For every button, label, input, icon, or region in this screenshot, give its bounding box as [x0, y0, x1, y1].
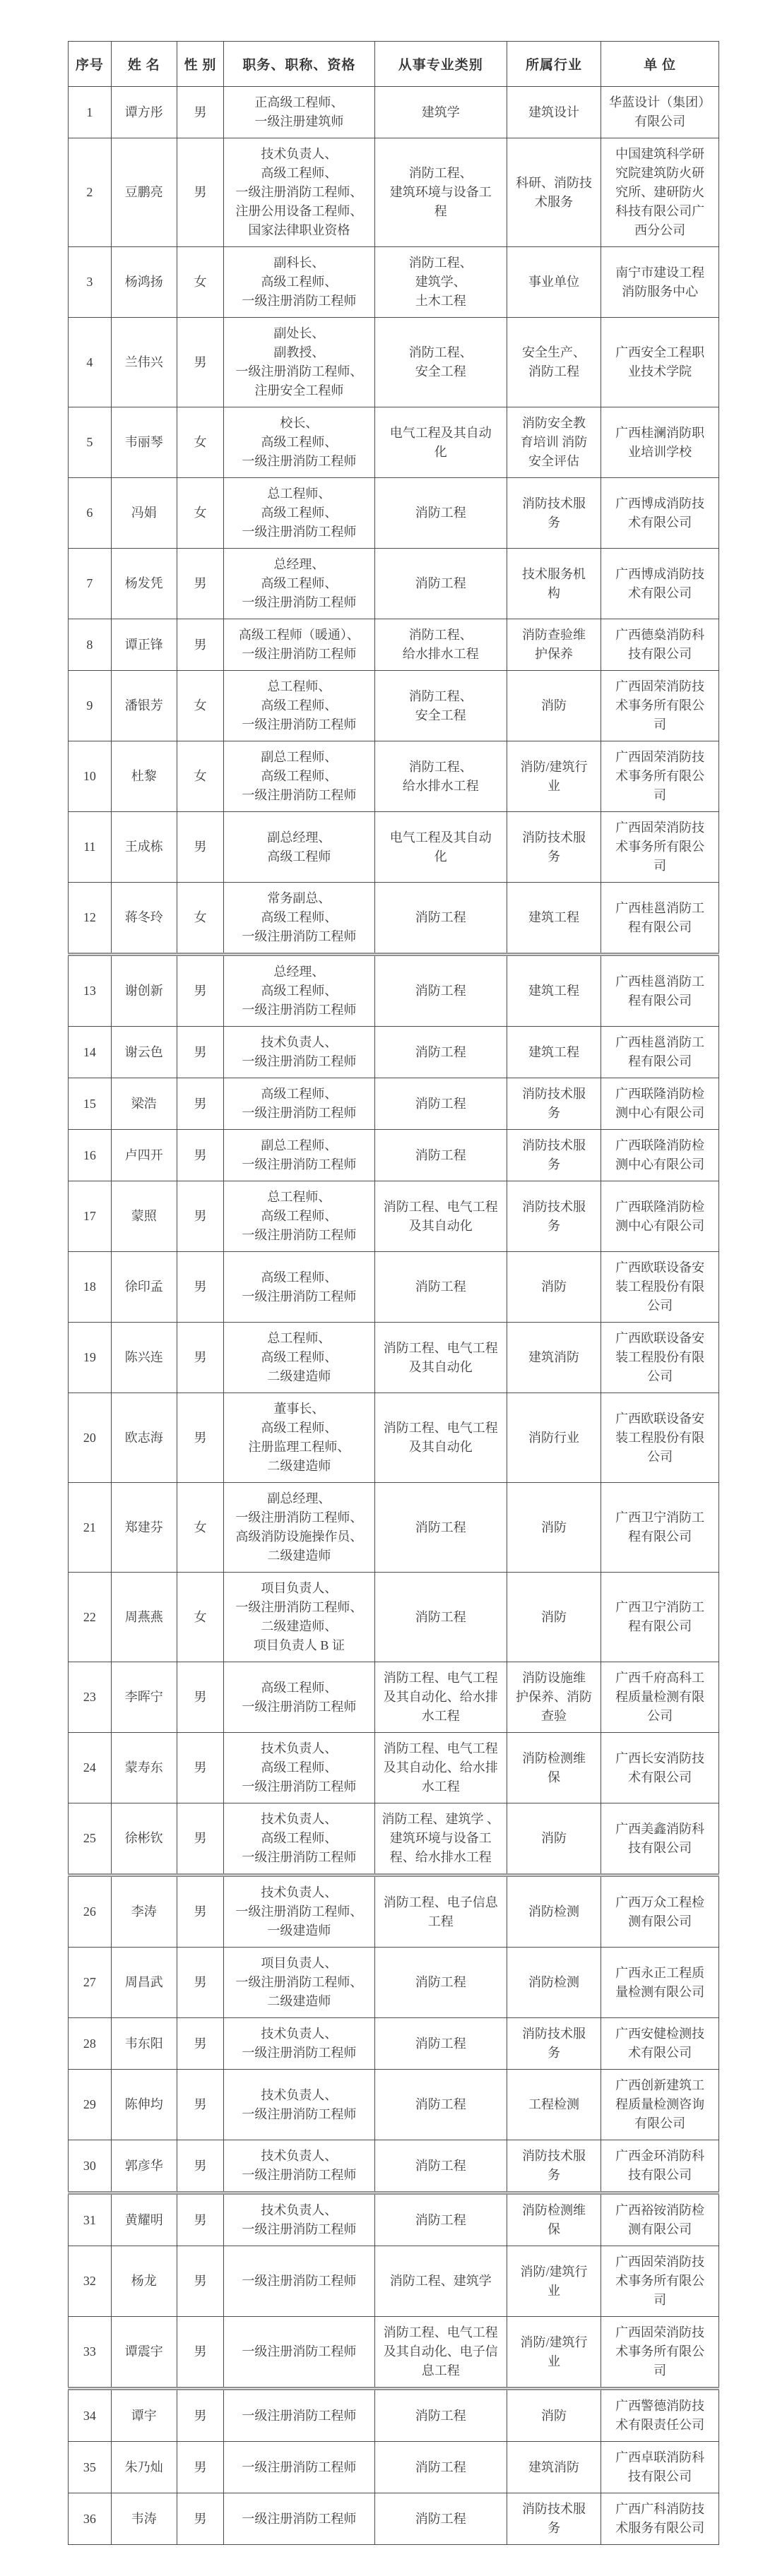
cell-title-qualification: 总经理、 高级工程师、 一级注册消防工程师 [224, 549, 375, 619]
cell-company: 广西博成消防技 术有限公司 [601, 549, 719, 619]
cell-industry: 消防行业 [507, 1393, 601, 1483]
cell-gender: 男 [177, 2389, 223, 2442]
cell-serial-number: 25 [69, 1803, 112, 1876]
cell-title-qualification: 技术负责人、 一级注册消防工程师 [224, 2193, 375, 2246]
cell-industry: 消防检测 [507, 1948, 601, 2018]
cell-name: 周昌武 [111, 1948, 177, 2018]
cell-title-qualification: 项目负责人、 一级注册消防工程师、 二级建造师、 项目负责人 B 证 [224, 1573, 375, 1662]
cell-name: 蒙照 [111, 1181, 177, 1252]
table-row: 27周昌武男项目负责人、 一级注册消防工程师、 二级建造师消防工程消防检测广西永… [69, 1948, 719, 2018]
cell-specialty-category: 电气工程及其自动 化 [374, 407, 507, 478]
cell-specialty-category: 消防工程、 建筑学、 土木工程 [374, 247, 507, 318]
cell-industry: 消防检测维 保 [507, 2193, 601, 2246]
cell-gender: 男 [177, 1948, 223, 2018]
column-header: 单 位 [601, 42, 719, 87]
cell-gender: 男 [177, 2493, 223, 2545]
cell-name: 杨发凭 [111, 549, 177, 619]
cell-specialty-category: 消防工程、电气工程 及其自动化、电子信 息工程 [374, 2317, 507, 2389]
cell-industry: 建筑消防 [507, 2442, 601, 2493]
cell-specialty-category: 消防工程 [374, 1483, 507, 1573]
cell-company: 广西卫宁消防工 程有限公司 [601, 1483, 719, 1573]
cell-company: 广西千府高科工 程质量检测有限 公司 [601, 1662, 719, 1733]
cell-gender: 男 [177, 1733, 223, 1803]
cell-serial-number: 35 [69, 2442, 112, 2493]
cell-name: 蒙寿东 [111, 1733, 177, 1803]
table-row: 1谭方彤男正高级工程师、 一级注册建筑师建筑学建筑设计华蓝设计（集团） 有限公司 [69, 87, 719, 138]
cell-specialty-category: 消防工程 [374, 1130, 507, 1181]
cell-specialty-category: 消防工程 [374, 2140, 507, 2193]
cell-specialty-category: 消防工程 [374, 2018, 507, 2070]
cell-specialty-category: 消防工程 [374, 1027, 507, 1078]
cell-title-qualification: 技术负责人、 一级注册消防工程师 [224, 2140, 375, 2193]
cell-specialty-category: 消防工程 [374, 1948, 507, 2018]
cell-title-qualification: 一级注册消防工程师 [224, 2442, 375, 2493]
cell-serial-number: 28 [69, 2018, 112, 2070]
cell-serial-number: 11 [69, 812, 112, 883]
cell-gender: 男 [177, 1078, 223, 1130]
cell-company: 中国建筑科学研 究院建筑防火研 究所、建研防火 科技有限公司广 西分公司 [601, 138, 719, 247]
cell-gender: 男 [177, 1252, 223, 1323]
table-row: 21郑建芬女副总经理、 一级注册消防工程师、 高级消防设施操作员、 二级建造师消… [69, 1483, 719, 1573]
cell-serial-number: 29 [69, 2070, 112, 2140]
table-row: 9潘银芳女总工程师、 高级工程师、 一级注册消防工程师消防工程、 安全工程消防广… [69, 671, 719, 741]
cell-title-qualification: 项目负责人、 一级注册消防工程师、 二级建造师 [224, 1948, 375, 2018]
cell-specialty-category: 消防工程 [374, 2389, 507, 2442]
cell-company: 华蓝设计（集团） 有限公司 [601, 87, 719, 138]
cell-specialty-category: 消防工程 [374, 2442, 507, 2493]
table-row: 29陈伸均男技术负责人、 一级注册消防工程师消防工程工程检测广西创新建筑工 程质… [69, 2070, 719, 2140]
cell-specialty-category: 消防工程、建筑学 [374, 2246, 507, 2317]
cell-company: 广西创新建筑工 程质量检测咨询 有限公司 [601, 2070, 719, 2140]
cell-industry: 消防技术服 务 [507, 812, 601, 883]
cell-industry: 工程检测 [507, 2070, 601, 2140]
cell-gender: 男 [177, 812, 223, 883]
cell-gender: 男 [177, 1181, 223, 1252]
cell-title-qualification: 董事长、 高级工程师、 注册监理工程师、 二级建造师 [224, 1393, 375, 1483]
cell-company: 广西长安消防技 术有限公司 [601, 1733, 719, 1803]
cell-title-qualification: 技术负责人、 一级注册消防工程师、 一级建造师 [224, 1876, 375, 1948]
cell-name: 李涛 [111, 1876, 177, 1948]
cell-industry: 消防技术服 务 [507, 2493, 601, 2545]
cell-serial-number: 1 [69, 87, 112, 138]
cell-gender: 男 [177, 138, 223, 247]
cell-specialty-category: 消防工程 [374, 2070, 507, 2140]
cell-specialty-category: 消防工程、电气工程 及其自动化、给水排 水工程 [374, 1662, 507, 1733]
cell-company: 广西联隆消防检 测中心有限公司 [601, 1181, 719, 1252]
cell-title-qualification: 技术负责人、 一级注册消防工程师 [224, 2018, 375, 2070]
table-header: 序号姓 名性 别职务、职称、资格从事专业类别所属行业单 位 [69, 42, 719, 87]
cell-serial-number: 36 [69, 2493, 112, 2545]
cell-serial-number: 17 [69, 1181, 112, 1252]
cell-industry: 事业单位 [507, 247, 601, 318]
cell-industry: 消防检测 [507, 1876, 601, 1948]
cell-gender: 男 [177, 87, 223, 138]
cell-industry: 消防 [507, 2389, 601, 2442]
cell-name: 韦东阳 [111, 2018, 177, 2070]
table-row: 5韦丽琴女校长、 高级工程师、 一级注册消防工程师电气工程及其自动 化消防安全教… [69, 407, 719, 478]
table-row: 14谢云色男技术负责人、 一级注册消防工程师消防工程建筑工程广西桂邕消防工 程有… [69, 1027, 719, 1078]
cell-title-qualification: 高级工程师、 一级注册消防工程师 [224, 1252, 375, 1323]
cell-title-qualification: 技术负责人、 一级注册消防工程师 [224, 2070, 375, 2140]
cell-title-qualification: 总工程师、 高级工程师、 一级注册消防工程师 [224, 1181, 375, 1252]
cell-title-qualification: 副总工程师、 高级工程师、 一级注册消防工程师 [224, 741, 375, 812]
table-row: 15梁浩男高级工程师、 一级注册消防工程师消防工程消防技术服 务广西联隆消防检 … [69, 1078, 719, 1130]
cell-serial-number: 16 [69, 1130, 112, 1181]
cell-specialty-category: 消防工程、 给水排水工程 [374, 741, 507, 812]
cell-specialty-category: 消防工程、电气工程 及其自动化 [374, 1181, 507, 1252]
cell-title-qualification: 总工程师、 高级工程师、 二级建造师 [224, 1323, 375, 1393]
cell-gender: 男 [177, 549, 223, 619]
cell-serial-number: 7 [69, 549, 112, 619]
cell-serial-number: 24 [69, 1733, 112, 1803]
cell-specialty-category: 消防工程 [374, 1078, 507, 1130]
header-row: 序号姓 名性 别职务、职称、资格从事专业类别所属行业单 位 [69, 42, 719, 87]
table-row: 4兰伟兴男副处长、 副教授、 一级注册消防工程师、 注册安全工程师消防工程、 安… [69, 318, 719, 407]
cell-gender: 女 [177, 1483, 223, 1573]
cell-gender: 男 [177, 955, 223, 1027]
cell-company: 南宁市建设工程 消防服务中心 [601, 247, 719, 318]
cell-name: 蒋冬玲 [111, 883, 177, 955]
table-row: 35朱乃灿男一级注册消防工程师消防工程建筑消防广西卓联消防科 技有限公司 [69, 2442, 719, 2493]
cell-name: 谢创新 [111, 955, 177, 1027]
cell-name: 韦丽琴 [111, 407, 177, 478]
cell-serial-number: 22 [69, 1573, 112, 1662]
cell-title-qualification: 技术负责人、 高级工程师、 一级注册消防工程师 [224, 1803, 375, 1876]
table-row: 34谭宇男一级注册消防工程师消防工程消防广西警德消防技 术有限责任公司 [69, 2389, 719, 2442]
cell-industry: 安全生产、 消防工程 [507, 318, 601, 407]
cell-title-qualification: 高级工程师、 一级注册消防工程师 [224, 1078, 375, 1130]
table-row: 17蒙照男总工程师、 高级工程师、 一级注册消防工程师消防工程、电气工程 及其自… [69, 1181, 719, 1252]
cell-serial-number: 14 [69, 1027, 112, 1078]
table-row: 19陈兴连男总工程师、 高级工程师、 二级建造师消防工程、电气工程 及其自动化建… [69, 1323, 719, 1393]
cell-serial-number: 15 [69, 1078, 112, 1130]
cell-company: 广西欧联设备安 装工程股份有限 公司 [601, 1252, 719, 1323]
cell-company: 广西金环消防科 技有限公司 [601, 2140, 719, 2193]
cell-specialty-category: 消防工程、电气工程 及其自动化 [374, 1393, 507, 1483]
cell-company: 广西联隆消防检 测中心有限公司 [601, 1078, 719, 1130]
cell-serial-number: 30 [69, 2140, 112, 2193]
table-row: 23李晖宁男高级工程师、 一级注册消防工程师消防工程、电气工程 及其自动化、给水… [69, 1662, 719, 1733]
cell-specialty-category: 消防工程、 安全工程 [374, 671, 507, 741]
cell-name: 谭宇 [111, 2389, 177, 2442]
cell-specialty-category: 消防工程 [374, 1573, 507, 1662]
cell-gender: 男 [177, 2070, 223, 2140]
cell-company: 广西桂邕消防工 程有限公司 [601, 883, 719, 955]
cell-title-qualification: 一级注册消防工程师 [224, 2493, 375, 2545]
column-header: 姓 名 [111, 42, 177, 87]
cell-specialty-category: 消防工程 [374, 549, 507, 619]
table-body: 1谭方彤男正高级工程师、 一级注册建筑师建筑学建筑设计华蓝设计（集团） 有限公司… [69, 87, 719, 2545]
cell-name: 杨鸿扬 [111, 247, 177, 318]
cell-industry: 科研、消防技 术服务 [507, 138, 601, 247]
cell-gender: 女 [177, 883, 223, 955]
cell-industry: 消防/建筑行 业 [507, 2246, 601, 2317]
cell-industry: 消防/建筑行 业 [507, 2317, 601, 2389]
cell-gender: 男 [177, 1323, 223, 1393]
table-row: 20欧志海男董事长、 高级工程师、 注册监理工程师、 二级建造师消防工程、电气工… [69, 1393, 719, 1483]
cell-specialty-category: 消防工程 [374, 1252, 507, 1323]
cell-name: 谭正锋 [111, 619, 177, 671]
cell-gender: 男 [177, 2246, 223, 2317]
cell-title-qualification: 校长、 高级工程师、 一级注册消防工程师 [224, 407, 375, 478]
cell-specialty-category: 消防工程 [374, 2493, 507, 2545]
cell-serial-number: 5 [69, 407, 112, 478]
cell-company: 广西博成消防技 术有限公司 [601, 478, 719, 549]
cell-name: 冯娟 [111, 478, 177, 549]
cell-serial-number: 13 [69, 955, 112, 1027]
cell-industry: 消防设施维 护保养、消防 查验 [507, 1662, 601, 1733]
cell-specialty-category: 消防工程、 给水排水工程 [374, 619, 507, 671]
table-row: 22周燕燕女项目负责人、 一级注册消防工程师、 二级建造师、 项目负责人 B 证… [69, 1573, 719, 1662]
table-row: 18徐印孟男高级工程师、 一级注册消防工程师消防工程消防广西欧联设备安 装工程股… [69, 1252, 719, 1323]
cell-company: 广西欧联设备安 装工程股份有限 公司 [601, 1393, 719, 1483]
cell-serial-number: 8 [69, 619, 112, 671]
cell-company: 广西固荣消防技 术事务所有限公 司 [601, 812, 719, 883]
cell-name: 卢四开 [111, 1130, 177, 1181]
cell-title-qualification: 副科长、 高级工程师、 一级注册消防工程师 [224, 247, 375, 318]
cell-specialty-category: 消防工程、 建筑环境与设备工 程 [374, 138, 507, 247]
cell-name: 周燕燕 [111, 1573, 177, 1662]
cell-name: 谭震宇 [111, 2317, 177, 2389]
cell-serial-number: 12 [69, 883, 112, 955]
cell-serial-number: 10 [69, 741, 112, 812]
cell-title-qualification: 正高级工程师、 一级注册建筑师 [224, 87, 375, 138]
cell-title-qualification: 技术负责人、 高级工程师、 一级注册消防工程师 [224, 1733, 375, 1803]
cell-industry: 消防技术服 务 [507, 2018, 601, 2070]
cell-gender: 男 [177, 2018, 223, 2070]
cell-gender: 女 [177, 247, 223, 318]
cell-company: 广西桂邕消防工 程有限公司 [601, 955, 719, 1027]
cell-specialty-category: 消防工程、 安全工程 [374, 318, 507, 407]
cell-name: 梁浩 [111, 1078, 177, 1130]
cell-title-qualification: 总经理、 高级工程师、 一级注册消防工程师 [224, 955, 375, 1027]
cell-gender: 女 [177, 407, 223, 478]
cell-company: 广西万众工程检 测有限公司 [601, 1876, 719, 1948]
cell-title-qualification: 总工程师、 高级工程师、 一级注册消防工程师 [224, 478, 375, 549]
cell-industry: 消防 [507, 1483, 601, 1573]
cell-name: 李晖宁 [111, 1662, 177, 1733]
cell-name: 王成栋 [111, 812, 177, 883]
cell-name: 朱乃灿 [111, 2442, 177, 2493]
cell-gender: 男 [177, 1876, 223, 1948]
cell-title-qualification: 技术负责人、 高级工程师、 一级注册消防工程师、 注册公用设备工程师、 国家法律… [224, 138, 375, 247]
table-row: 3杨鸿扬女副科长、 高级工程师、 一级注册消防工程师消防工程、 建筑学、 土木工… [69, 247, 719, 318]
cell-industry: 建筑工程 [507, 955, 601, 1027]
cell-name: 杨龙 [111, 2246, 177, 2317]
column-header: 从事专业类别 [374, 42, 507, 87]
cell-name: 黄耀明 [111, 2193, 177, 2246]
cell-serial-number: 4 [69, 318, 112, 407]
cell-name: 郑建芬 [111, 1483, 177, 1573]
cell-name: 杜黎 [111, 741, 177, 812]
cell-serial-number: 2 [69, 138, 112, 247]
cell-gender: 男 [177, 2317, 223, 2389]
cell-serial-number: 18 [69, 1252, 112, 1323]
table-row: 10杜黎女副总工程师、 高级工程师、 一级注册消防工程师消防工程、 给水排水工程… [69, 741, 719, 812]
cell-industry: 消防 [507, 1803, 601, 1876]
cell-company: 广西固荣消防技 术事务所有限公 司 [601, 2317, 719, 2389]
table-row: 7杨发凭男总经理、 高级工程师、 一级注册消防工程师消防工程技术服务机 构广西博… [69, 549, 719, 619]
table-row: 24蒙寿东男技术负责人、 高级工程师、 一级注册消防工程师消防工程、电气工程 及… [69, 1733, 719, 1803]
cell-serial-number: 26 [69, 1876, 112, 1948]
cell-serial-number: 3 [69, 247, 112, 318]
cell-company: 广西德燊消防科 技有限公司 [601, 619, 719, 671]
cell-serial-number: 31 [69, 2193, 112, 2246]
cell-industry: 消防 [507, 1573, 601, 1662]
cell-name: 陈兴连 [111, 1323, 177, 1393]
cell-company: 广西联隆消防检 测中心有限公司 [601, 1130, 719, 1181]
cell-gender: 男 [177, 1393, 223, 1483]
cell-gender: 女 [177, 671, 223, 741]
table-row: 31黄耀明男技术负责人、 一级注册消防工程师消防工程消防检测维 保广西裕铵消防检… [69, 2193, 719, 2246]
cell-company: 广西卫宁消防工 程有限公司 [601, 1573, 719, 1662]
table-row: 8谭正锋男高级工程师（暖通）、 一级注册消防工程师消防工程、 给水排水工程消防查… [69, 619, 719, 671]
cell-specialty-category: 消防工程、电气工程 及其自动化、给水排 水工程 [374, 1733, 507, 1803]
cell-company: 广西广科消防技 术服务有限公司 [601, 2493, 719, 2545]
cell-gender: 男 [177, 2193, 223, 2246]
cell-title-qualification: 副总经理、 一级注册消防工程师、 高级消防设施操作员、 二级建造师 [224, 1483, 375, 1573]
cell-gender: 男 [177, 2442, 223, 2493]
personnel-roster-table: 序号姓 名性 别职务、职称、资格从事专业类别所属行业单 位 1谭方彤男正高级工程… [68, 41, 719, 2545]
table-row: 16卢四开男副总工程师、 一级注册消防工程师消防工程消防技术服 务广西联隆消防检… [69, 1130, 719, 1181]
cell-title-qualification: 一级注册消防工程师 [224, 2317, 375, 2389]
cell-name: 豆鹏亮 [111, 138, 177, 247]
cell-company: 广西警德消防技 术有限责任公司 [601, 2389, 719, 2442]
cell-industry: 消防查验维 护保养 [507, 619, 601, 671]
cell-company: 广西卓联消防科 技有限公司 [601, 2442, 719, 2493]
cell-company: 广西桂邕消防工 程有限公司 [601, 1027, 719, 1078]
cell-specialty-category: 消防工程 [374, 2193, 507, 2246]
column-header: 所属行业 [507, 42, 601, 87]
cell-company: 广西永正工程质 量检测有限公司 [601, 1948, 719, 2018]
cell-specialty-category: 消防工程、建筑学 、 建筑环境与设备工 程、给水排水工程 [374, 1803, 507, 1876]
cell-name: 欧志海 [111, 1393, 177, 1483]
cell-serial-number: 33 [69, 2317, 112, 2389]
cell-industry: 消防检测维 保 [507, 1733, 601, 1803]
cell-title-qualification: 总工程师、 高级工程师、 一级注册消防工程师 [224, 671, 375, 741]
cell-title-qualification: 副总工程师、 一级注册消防工程师 [224, 1130, 375, 1181]
cell-industry: 技术服务机 构 [507, 549, 601, 619]
cell-serial-number: 21 [69, 1483, 112, 1573]
cell-industry: 建筑工程 [507, 1027, 601, 1078]
table-row: 13谢创新男总经理、 高级工程师、 一级注册消防工程师消防工程建筑工程广西桂邕消… [69, 955, 719, 1027]
table-row: 11王成栋男副总经理、 高级工程师电气工程及其自动 化消防技术服 务广西固荣消防… [69, 812, 719, 883]
cell-company: 广西安全工程职 业技术学院 [601, 318, 719, 407]
table-row: 33谭震宇男一级注册消防工程师消防工程、电气工程 及其自动化、电子信 息工程消防… [69, 2317, 719, 2389]
cell-industry: 建筑工程 [507, 883, 601, 955]
table-row: 28韦东阳男技术负责人、 一级注册消防工程师消防工程消防技术服 务广西安健检测技… [69, 2018, 719, 2070]
column-header: 性 别 [177, 42, 223, 87]
table-row: 2豆鹏亮男技术负责人、 高级工程师、 一级注册消防工程师、 注册公用设备工程师、… [69, 138, 719, 247]
cell-name: 郭彦华 [111, 2140, 177, 2193]
cell-title-qualification: 常务副总、 高级工程师、 一级注册消防工程师 [224, 883, 375, 955]
cell-company: 广西裕铵消防检 测有限公司 [601, 2193, 719, 2246]
cell-company: 广西固荣消防技 术事务所有限公 司 [601, 671, 719, 741]
column-header: 序号 [69, 42, 112, 87]
scanned-document-page: 序号姓 名性 别职务、职称、资格从事专业类别所属行业单 位 1谭方彤男正高级工程… [0, 0, 763, 2576]
cell-company: 广西安健检测技 术有限公司 [601, 2018, 719, 2070]
cell-specialty-category: 电气工程及其自动 化 [374, 812, 507, 883]
cell-specialty-category: 消防工程 [374, 883, 507, 955]
cell-serial-number: 32 [69, 2246, 112, 2317]
cell-company: 广西固荣消防技 术事务所有限公 司 [601, 741, 719, 812]
cell-industry: 建筑消防 [507, 1323, 601, 1393]
cell-title-qualification: 副总经理、 高级工程师 [224, 812, 375, 883]
table-row: 12蒋冬玲女常务副总、 高级工程师、 一级注册消防工程师消防工程建筑工程广西桂邕… [69, 883, 719, 955]
cell-industry: 消防技术服 务 [507, 1130, 601, 1181]
cell-serial-number: 27 [69, 1948, 112, 2018]
cell-gender: 女 [177, 478, 223, 549]
cell-title-qualification: 高级工程师（暖通）、 一级注册消防工程师 [224, 619, 375, 671]
cell-industry: 消防技术服 务 [507, 2140, 601, 2193]
cell-gender: 女 [177, 1573, 223, 1662]
cell-industry: 消防安全教 育培训 消防 安全评估 [507, 407, 601, 478]
cell-title-qualification: 一级注册消防工程师 [224, 2389, 375, 2442]
cell-industry: 建筑设计 [507, 87, 601, 138]
cell-specialty-category: 消防工程、电子信息 工程 [374, 1876, 507, 1948]
cell-serial-number: 6 [69, 478, 112, 549]
table-row: 6冯娟女总工程师、 高级工程师、 一级注册消防工程师消防工程消防技术服 务广西博… [69, 478, 719, 549]
cell-name: 徐印孟 [111, 1252, 177, 1323]
cell-name: 陈伸均 [111, 2070, 177, 2140]
cell-gender: 男 [177, 1662, 223, 1733]
cell-title-qualification: 高级工程师、 一级注册消防工程师 [224, 1662, 375, 1733]
table-row: 32杨龙男一级注册消防工程师消防工程、建筑学消防/建筑行 业广西固荣消防技 术事… [69, 2246, 719, 2317]
cell-name: 徐彬钦 [111, 1803, 177, 1876]
cell-name: 谭方彤 [111, 87, 177, 138]
cell-specialty-category: 消防工程 [374, 955, 507, 1027]
cell-title-qualification: 技术负责人、 一级注册消防工程师 [224, 1027, 375, 1078]
cell-company: 广西桂澜消防职 业培训学校 [601, 407, 719, 478]
cell-specialty-category: 建筑学 [374, 87, 507, 138]
cell-title-qualification: 副处长、 副教授、 一级注册消防工程师、 注册安全工程师 [224, 318, 375, 407]
cell-industry: 消防/建筑行 业 [507, 741, 601, 812]
cell-name: 潘银芳 [111, 671, 177, 741]
cell-gender: 女 [177, 741, 223, 812]
cell-specialty-category: 消防工程 [374, 478, 507, 549]
cell-name: 韦涛 [111, 2493, 177, 2545]
cell-title-qualification: 一级注册消防工程师 [224, 2246, 375, 2317]
cell-company: 广西固荣消防技 术事务所有限公 司 [601, 2246, 719, 2317]
table-row: 26李涛男技术负责人、 一级注册消防工程师、 一级建造师消防工程、电子信息 工程… [69, 1876, 719, 1948]
cell-gender: 男 [177, 619, 223, 671]
cell-company: 广西欧联设备安 装工程股份有限 公司 [601, 1323, 719, 1393]
cell-gender: 男 [177, 318, 223, 407]
table-row: 30郭彦华男技术负责人、 一级注册消防工程师消防工程消防技术服 务广西金环消防科… [69, 2140, 719, 2193]
cell-gender: 男 [177, 1130, 223, 1181]
cell-name: 兰伟兴 [111, 318, 177, 407]
cell-industry: 消防技术服 务 [507, 478, 601, 549]
cell-gender: 男 [177, 1803, 223, 1876]
cell-industry: 消防 [507, 671, 601, 741]
cell-industry: 消防技术服 务 [507, 1078, 601, 1130]
column-header: 职务、职称、资格 [224, 42, 375, 87]
cell-serial-number: 34 [69, 2389, 112, 2442]
cell-serial-number: 19 [69, 1323, 112, 1393]
cell-name: 谢云色 [111, 1027, 177, 1078]
cell-industry: 消防 [507, 1252, 601, 1323]
cell-industry: 消防技术服 务 [507, 1181, 601, 1252]
cell-specialty-category: 消防工程、电气工程 及其自动化 [374, 1323, 507, 1393]
cell-serial-number: 20 [69, 1393, 112, 1483]
table-row: 25徐彬钦男技术负责人、 高级工程师、 一级注册消防工程师消防工程、建筑学 、 … [69, 1803, 719, 1876]
table-row: 36韦涛男一级注册消防工程师消防工程消防技术服 务广西广科消防技 术服务有限公司 [69, 2493, 719, 2545]
cell-gender: 男 [177, 1027, 223, 1078]
cell-serial-number: 23 [69, 1662, 112, 1733]
cell-serial-number: 9 [69, 671, 112, 741]
cell-gender: 男 [177, 2140, 223, 2193]
cell-company: 广西美鑫消防科 技有限公司 [601, 1803, 719, 1876]
